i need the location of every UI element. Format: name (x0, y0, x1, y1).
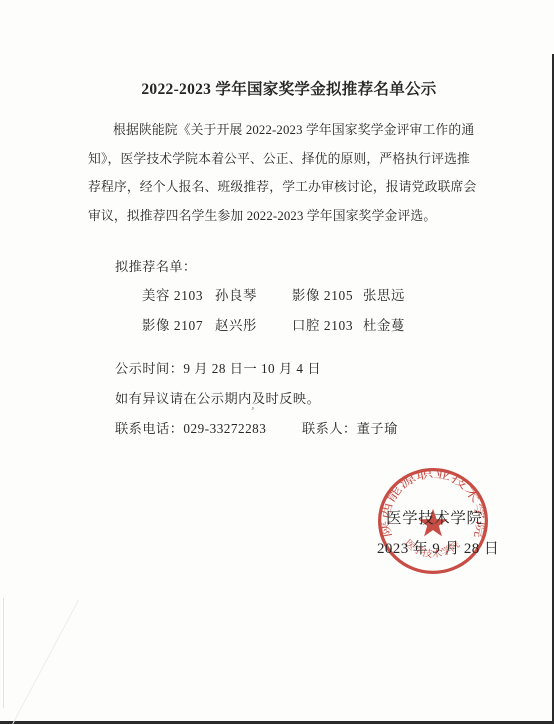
intro-paragraph: 根据陕能院《关于开展 2022-2023 学年国家奖学金评审工作的通 知》，医学… (88, 116, 482, 230)
scan-crease (12, 600, 79, 724)
class-label: 影像 2107 (142, 315, 203, 334)
signature-date: 2023 年 9 月 28 日 (377, 537, 499, 558)
class-label: 美容 2103 (142, 285, 203, 304)
student-name: 孙良琴 (215, 285, 257, 304)
class-label: 口腔 2103 (292, 315, 353, 334)
scanned-document-page: 2022-2023 学年国家奖学金拟推荐名单公示 根据陕能院《关于开展 2022… (0, 0, 554, 724)
paragraph-line-2: 知》，医学技术学院本着公平、公正、择优的原则，严格执行评选推 (88, 145, 482, 174)
student-name: 赵兴彤 (215, 315, 257, 334)
paragraph-line-3: 荐程序，经个人报名、班级推荐，学工办审核讨论，报请党政联席会 (88, 173, 482, 202)
objection-note: 如有异议请在公示期内及时反映。 (115, 388, 320, 407)
document-title: 2022-2023 学年国家奖学金拟推荐名单公示 (0, 77, 554, 99)
signature-department: 医学技术学院 (386, 506, 483, 528)
contact-phone: 联系电话：029-33272283 (115, 418, 266, 437)
class-label: 影像 2105 (292, 285, 353, 304)
paragraph-line-1: 根据陕能院《关于开展 2022-2023 学年国家奖学金评审工作的通 (88, 116, 482, 145)
student-name: 张思远 (363, 285, 405, 304)
contact-person: 联系人：董子瑜 (302, 418, 398, 437)
scan-edge-left-faint (3, 598, 4, 708)
notice-period: 公示时间：9 月 28 日一 10 月 4 日 (115, 358, 321, 377)
recommendation-list-heading: 拟推荐名单： (115, 256, 197, 275)
student-name: 杜金蔓 (363, 315, 405, 334)
paragraph-line-4: 审议，拟推荐四名学生参加 2022-2023 学年国家奖学金评选。 (88, 202, 482, 231)
